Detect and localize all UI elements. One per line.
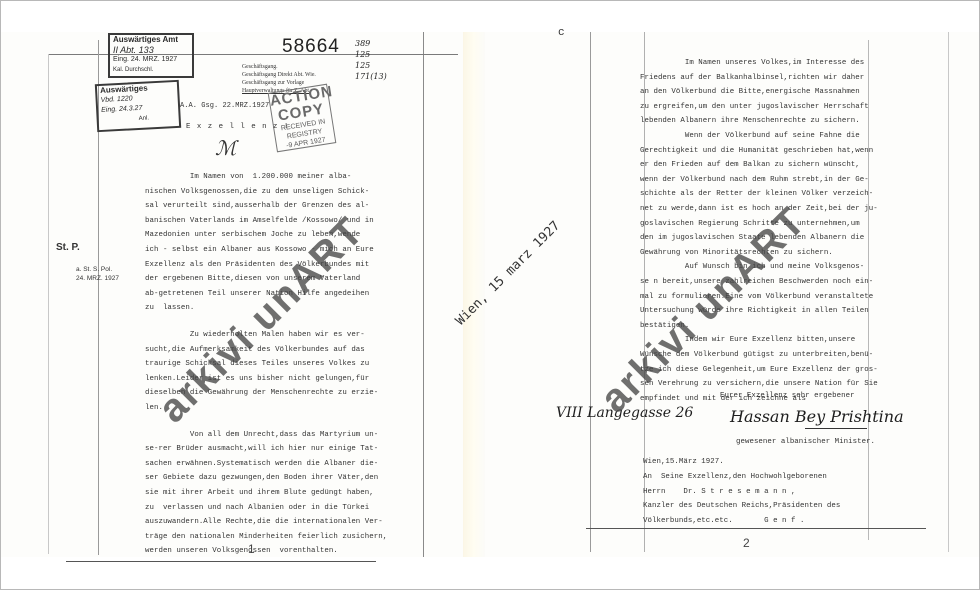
corner-mark: c [558,26,565,41]
text-line: Wenn der Völkerbund auf seine Fahne die [640,129,860,144]
page-divider [423,32,424,557]
handling-note-line: Geschäftsgang. [242,63,316,71]
page-number: 1 [248,542,255,556]
text-line: er den Frieden auf dem Balkan zu sichern… [640,158,860,173]
text-line: Herrn Dr. S t r e s e m a n n , [643,485,796,500]
text-line: träge den nationalen Minderheiten feierl… [145,530,387,545]
margin-line [48,54,49,554]
signature: Hassan Bey Prishtina [730,407,904,426]
salutation: E x z e l l e n z ! [186,120,289,135]
margin-stamp-line: 24. MRZ. 1927 [76,274,119,283]
text-line: schichte als der Retter der kleinen Völk… [640,187,873,202]
text-line: zu verlassen und nach Albanien oder in d… [145,501,369,516]
stamp-line: Eing. 24. MRZ. 1927 [110,55,192,65]
text-line: Im Namen unseres Volkes,im Interesse des [640,56,864,71]
text-line: Kanzler des Deutschen Reichs,Präsidenten… [643,499,840,514]
initials-scribble: ℳ [215,136,236,160]
text-line: ser Gebiete dazu gezwungen,den Boden ihr… [145,471,378,486]
text-line: sie mit ihrer Arbeit und ihrem Blute ged… [145,486,374,501]
bottom-rule [66,561,376,562]
text-line: se-rer Brüder ausmacht,will ich hier nur… [145,442,378,457]
text-line: lebenden Albanern ihre Menschenrechte zu… [640,114,860,129]
text-line: zu ergreifen,um den unter jugoslavischer… [640,100,869,115]
text-line: sal verurteilt sind,ausserhalb der Grenz… [145,199,369,214]
stamp-line: II Abt. 133 [110,45,192,55]
text-line: Völkerbunds,etc.etc. G e n f . [643,514,804,529]
text-line: auszuwandern.Alle Rechte,die die interna… [145,515,383,530]
margin-stamp-title: St. P. [56,243,80,252]
received-in-registry-stamp: ACTION COPY RECEIVED IN REGISTRY -9 APR … [268,84,337,153]
auswaertiges-amt-stamp: Auswärtiges Amt II Abt. 133 Eing. 24. MR… [108,33,194,78]
margin-numbers: 389 125 125 171(13) [355,38,387,82]
text-line: nischen Volksgenossen,die zu dem unselig… [145,185,369,200]
margin-number: 389 [355,38,387,49]
page-number: 2 [743,536,750,550]
place-date: Wien,15.März 1927. [643,455,724,470]
margin-number: 125 [355,60,387,71]
closing-line: Eurer Exzellenz sehr ergebener [720,389,855,404]
text-line: an den Völkerbund die Bitte,energische M… [640,85,860,100]
margin-stamp-line: a. St. S. Pol. [76,265,112,274]
stamp-title: Auswärtiges Amt [110,35,192,45]
text-line: Im Namen von 1.200.000 meiner alba- [145,170,351,185]
text-line: wenn der Völkerbund nach dem Ruhm strebt… [640,173,869,188]
signature-underline [805,428,867,429]
margin-number: 171(13) [355,71,387,82]
text-line: An Seine Exzellenz,den Hochwohlgeborenen [643,470,827,485]
handling-note-line: Geschäftsgang Direkt Abt. Wie. [242,71,316,79]
text-line: net zu werde,dann ist es hoch an der Zei… [640,202,878,217]
text-line: Gerechtigkeit und die Humanität geschrie… [640,144,873,159]
margin-line [590,32,591,552]
margin-line [948,32,949,552]
bottom-rule [586,528,926,529]
stamp-line: Kal. Durchschl. [110,65,192,75]
text-line: werden unseren Volksgenossen vorenthalte… [145,544,338,559]
signatory-title: gewesener albanischer Minister. [736,435,875,450]
text-line: goslavischen Regierung Schritte zu unter… [640,217,860,232]
text-line: mal zu formulieren.Eine vom Völkerbund v… [640,290,873,305]
text-line: sachen erwähnen.Systematisch werden die … [145,457,378,472]
handling-note-line: Geschäftsgang zur Vorlage [242,79,316,87]
text-line: Friedens auf der Balkanhalbinsel,richten… [640,71,864,86]
aa-entry-stamp: A.A. Gsg. 22.MRZ.1927 [180,99,269,114]
reference-number: 58664 [282,36,340,58]
text-line: zu lassen. [145,301,194,316]
auswaertiges-vbd-stamp: Auswärtiges Vbd. 1220 Eing. 24.3.27 Anl. [95,80,181,132]
margin-number: 125 [355,49,387,60]
